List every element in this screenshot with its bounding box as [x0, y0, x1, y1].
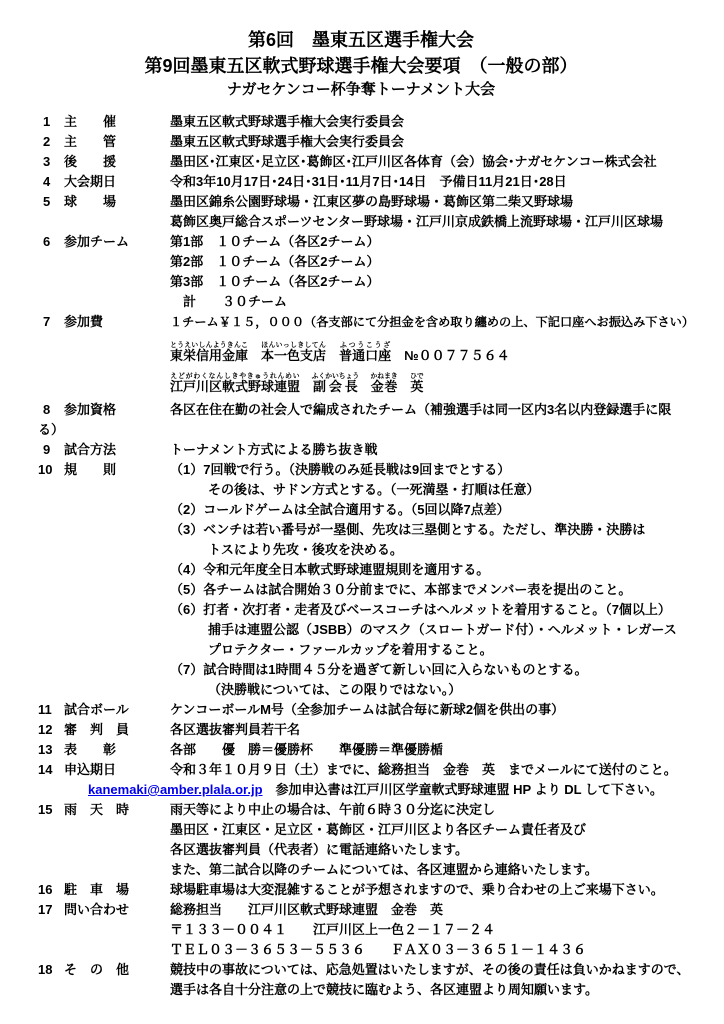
item-label: 規 則 [64, 460, 170, 480]
item-line: 墨田区・江東区・足立区・葛飾区・江戸川区より各区チーム責任者及び [170, 820, 718, 840]
list-item: 3後 援墨田区･江東区･足立区･葛飾区･江戸川区各体育（会）協会･ナガセケンコー… [38, 152, 718, 172]
item-content: ケンコーボールM号（全参加チームは試合毎に新球2個を供出の事） [170, 700, 718, 720]
item-number: 3 [38, 152, 64, 172]
item-line: （1）7回戦で行う。（決勝戦のみ延長戦は9回までとする） [170, 460, 718, 480]
item-label: 試合方法 [64, 440, 170, 460]
item-label: そ の 他 [64, 960, 170, 980]
item-label: 参加費 [64, 312, 170, 332]
item-content: １チーム￥１５，０００（各支部にて分担金を含め取り纏めの上、下記口座へお振込み下… [170, 312, 718, 394]
list-item: 2主 管墨東五区軟式野球選手権大会実行委員会 [38, 132, 718, 152]
item-line: 球場駐車場は大変混雑することが予想されますので、乗り合わせの上ご来場下さい。 [170, 880, 718, 900]
item-label: 試合ボール [64, 700, 170, 720]
item-content: 雨天等により中止の場合は、午前６時３０分迄に決定し墨田区・江東区・足立区・葛飾区… [170, 800, 718, 880]
ruby-text: 英ひで [410, 379, 423, 394]
list-item: 5球 場墨田区錦糸公園野球場・江東区夢の島野球場・葛飾区第二柴又野球場葛飾区奥戸… [38, 192, 718, 232]
item-label: 雨 天 時 [64, 800, 170, 820]
item-line: （3）ベンチは若い番号が一塁側、先攻は三塁側とする。ただし、準決勝・決勝は [170, 520, 718, 540]
list-item: 17問い合わせ総務担当 江戸川区軟式野球連盟 金巻 英〒１３３－００４１ 江戸川… [38, 900, 718, 960]
item-line: ケンコーボールM号（全参加チームは試合毎に新球2個を供出の事） [170, 700, 718, 720]
item-line: （決勝戦については、この限りではない。） [170, 680, 718, 700]
list-item: 14申込期日令和３年１０月９日（土）までに、総務担当 金巻 英 までメールにて送… [38, 760, 718, 780]
item-content: 各区在住在勤の社会人で編成されたチーム（補強選手は同一区内3名以内登録選手に限 [170, 400, 718, 420]
item-content: 令和３年１０月９日（土）までに、総務担当 金巻 英 までメールにて送付のこと。 [170, 760, 718, 780]
item-line: （5）各チームは試合開始３０分前までに、本部までメンバー表を提出のこと。 [170, 580, 718, 600]
item-label: 後 援 [64, 152, 170, 172]
item-content: トーナメント方式による勝ち抜き戦 [170, 440, 718, 460]
item-label: 表 彰 [64, 740, 170, 760]
document-page: 第6回 墨東五区選手権大会 第9回墨東五区軟式野球選手権大会要項 （一般の部） … [0, 0, 724, 1024]
page-title: 第6回 墨東五区選手権大会 [38, 28, 684, 53]
item-line: 第2部 １０チーム（各区2チーム） [170, 252, 718, 272]
item-number: 14 [38, 760, 64, 780]
item-line: 計 ３０チーム [170, 292, 718, 312]
item-line: 墨東五区軟式野球選手権大会実行委員会 [170, 112, 718, 132]
item-line: その後は、サドン方式とする。（一死満塁・打順は任意） [170, 480, 718, 500]
item-line: 各区選抜審判員若干名 [170, 720, 718, 740]
item-line: 選手は各自十分注意の上で競技に臨むよう、各区連盟より周知願います。 [170, 980, 718, 1000]
item-line: １チーム￥１５，０００（各支部にて分担金を含め取り纏めの上、下記口座へお振込み下… [170, 312, 718, 332]
list-item: 13表 彰各部 優 勝＝優勝杯 準優勝＝準優勝楯 [38, 740, 718, 760]
item-line: 墨田区錦糸公園野球場・江東区夢の島野球場・葛飾区第二柴又野球場 [170, 192, 718, 212]
item-number: 10 [38, 460, 64, 480]
item-line: 葛飾区奥戸総合スポーツセンター野球場・江戸川京成鉄橋上流野球場・江戸川区球場 [170, 212, 718, 232]
page-title-line2: 第9回墨東五区軟式野球選手権大会要項 （一般の部） [38, 53, 684, 79]
ruby-text: 副会長ふくかいちょう [313, 379, 358, 394]
item-line: 墨東五区軟式野球選手権大会実行委員会 [170, 132, 718, 152]
item-line: 雨天等により中止の場合は、午前６時３０分迄に決定し [170, 800, 718, 820]
ruby-text: 金巻かねまき [371, 379, 398, 394]
item-content: 球場駐車場は大変混雑することが予想されますので、乗り合わせの上ご来場下さい。 [170, 880, 718, 900]
item-number: 4 [38, 172, 64, 192]
list-item: 4大会期日令和3年10月17日･24日･31日･11月7日･14日 予備日11月… [38, 172, 718, 192]
list-item: 7参加費１チーム￥１５，０００（各支部にて分担金を含め取り纏めの上、下記口座へお… [38, 312, 718, 394]
item-content: 令和3年10月17日･24日･31日･11月7日･14日 予備日11月21日･2… [170, 172, 718, 192]
item-number: 16 [38, 880, 64, 900]
item-content: 競技中の事故については、応急処置はいたしますが、その後の責任は負いかねますので、… [170, 960, 718, 1000]
ruby-text: 普通口座ふつうこうざ [339, 348, 391, 363]
item-line: 〒１３３－００４１ 江戸川区上一色２－１７－２４ [170, 920, 718, 940]
list-item: 9試合方法トーナメント方式による勝ち抜き戦 [38, 440, 718, 460]
item-number: 11 [38, 700, 64, 720]
list-item: 8参加資格各区在住在勤の社会人で編成されたチーム（補強選手は同一区内3名以内登録… [38, 400, 718, 420]
item-label: 参加チーム [64, 232, 170, 252]
item-content: 墨田区錦糸公園野球場・江東区夢の島野球場・葛飾区第二柴又野球場葛飾区奥戸総合スポ… [170, 192, 718, 232]
item-number: 8 [38, 400, 64, 420]
item-line: 第1部 １０チーム（各区2チーム） [170, 232, 718, 252]
list-item: 16駐 車 場球場駐車場は大変混雑することが予想されますので、乗り合わせの上ご来… [38, 880, 718, 900]
item-content: 墨田区･江東区･足立区･葛飾区･江戸川区各体育（会）協会･ナガセケンコー株式会社 [170, 152, 718, 172]
item-content: 第1部 １０チーム（各区2チーム）第2部 １０チーム（各区2チーム）第3部 １０… [170, 232, 718, 312]
list-item: 12審 判 員各区選抜審判員若干名 [38, 720, 718, 740]
item-content: （1）7回戦で行う。（決勝戦のみ延長戦は9回までとする）その後は、サドン方式とす… [170, 460, 718, 700]
item-line: プロテクター・ファールカップを着用すること。 [170, 640, 718, 660]
item-line: 捕手は連盟公認（JSBB）のマスク（スロートガード付）・ヘルメット・レガース [170, 620, 718, 640]
item-line: 江戸川区軟式野球連盟えどがわくなんしきやきゅうれんめい 副会長ふくかいちょう 金… [170, 373, 718, 394]
item-content: 墨東五区軟式野球選手権大会実行委員会 [170, 132, 718, 152]
item-line: 東栄信用金庫とうえいしんようきんこ 本一色支店ほんいっしきしてん 普通口座ふつう… [170, 342, 718, 363]
item-line: トスにより先攻・後攻を決める。 [170, 540, 718, 560]
item-label: 主 催 [64, 112, 170, 132]
email-link[interactable]: kanemaki@amber.plala.or.jp [88, 782, 263, 797]
item-line: る） [38, 420, 718, 440]
ruby-text: 本一色支店ほんいっしきしてん [261, 348, 326, 363]
list-item: 6参加チーム第1部 １０チーム（各区2チーム）第2部 １０チーム（各区2チーム）… [38, 232, 718, 312]
item-number: 9 [38, 440, 64, 460]
item-label: 参加資格 [64, 400, 170, 420]
item-line: ＴＥＬ０３－３６５３－５５３６ ＦＡＸ０３－３６５１－１４３６ [170, 940, 718, 960]
item-label: 駐 車 場 [64, 880, 170, 900]
item-line: トーナメント方式による勝ち抜き戦 [170, 440, 718, 460]
item-number: 15 [38, 800, 64, 820]
ruby-text: 東栄信用金庫とうえいしんようきんこ [170, 348, 248, 363]
item-line: 競技中の事故については、応急処置はいたしますが、その後の責任は負いかねますので、 [170, 960, 718, 980]
item-content: 総務担当 江戸川区軟式野球連盟 金巻 英〒１３３－００４１ 江戸川区上一色２－１… [170, 900, 718, 960]
list-item: 1主 催墨東五区軟式野球選手権大会実行委員会 [38, 112, 718, 132]
item-line: kanemaki@amber.plala.or.jp 参加申込書は江戸川区学童軟… [88, 780, 718, 800]
item-line: 第3部 １０チーム（各区2チーム） [170, 272, 718, 292]
item-number: 17 [38, 900, 64, 920]
list-item: 15雨 天 時雨天等により中止の場合は、午前６時３０分迄に決定し墨田区・江東区・… [38, 800, 718, 880]
item-line: （4）令和元年度全日本軟式野球連盟規則を適用する。 [170, 560, 718, 580]
item-line: 各区在住在勤の社会人で編成されたチーム（補強選手は同一区内3名以内登録選手に限 [170, 400, 718, 420]
item-number: 12 [38, 720, 64, 740]
page-subtitle: ナガセケンコー杯争奪トーナメント大会 [38, 79, 684, 101]
item-label: 申込期日 [64, 760, 170, 780]
item-line: （7）試合時間は1時間４５分を過ぎて新しい回に入らないものとする。 [170, 660, 718, 680]
list-item: 11試合ボールケンコーボールM号（全参加チームは試合毎に新球2個を供出の事） [38, 700, 718, 720]
items-list: 1主 催墨東五区軟式野球選手権大会実行委員会2主 管墨東五区軟式野球選手権大会実… [38, 112, 718, 1000]
item-label: 球 場 [64, 192, 170, 212]
list-item: 10規 則（1）7回戦で行う。（決勝戦のみ延長戦は9回までとする）その後は、サド… [38, 460, 718, 700]
item-label: 問い合わせ [64, 900, 170, 920]
item-number: 1 [38, 112, 64, 132]
item-number: 5 [38, 192, 64, 212]
item-line: 令和３年１０月９日（土）までに、総務担当 金巻 英 までメールにて送付のこと。 [170, 760, 718, 780]
item-number: 13 [38, 740, 64, 760]
item-number: 7 [38, 312, 64, 332]
item-number: 2 [38, 132, 64, 152]
item-label: 主 管 [64, 132, 170, 152]
item-line: 墨田区･江東区･足立区･葛飾区･江戸川区各体育（会）協会･ナガセケンコー株式会社 [170, 152, 718, 172]
item-line: 令和3年10月17日･24日･31日･11月7日･14日 予備日11月21日･2… [170, 172, 718, 192]
item-content: 各部 優 勝＝優勝杯 準優勝＝準優勝楯 [170, 740, 718, 760]
list-item: 18そ の 他競技中の事故については、応急処置はいたしますが、その後の責任は負い… [38, 960, 718, 1000]
ruby-text: 江戸川区軟式野球連盟えどがわくなんしきやきゅうれんめい [170, 379, 300, 394]
item-number: 18 [38, 960, 64, 980]
item-line: 各部 優 勝＝優勝杯 準優勝＝準優勝楯 [170, 740, 718, 760]
item-content: 各区選抜審判員若干名 [170, 720, 718, 740]
item-line: （2）コールドゲームは全試合適用する。（5回以降7点差） [170, 500, 718, 520]
item-label: 審 判 員 [64, 720, 170, 740]
item-line: 総務担当 江戸川区軟式野球連盟 金巻 英 [170, 900, 718, 920]
item-line: 各区選抜審判員（代表者）に電話連絡いたします。 [170, 840, 718, 860]
item-label: 大会期日 [64, 172, 170, 192]
item-number: 6 [38, 232, 64, 252]
item-content: 墨東五区軟式野球選手権大会実行委員会 [170, 112, 718, 132]
item-line: （6）打者・次打者・走者及びベースコーチはヘルメットを着用すること。（7個以上） [170, 600, 718, 620]
item-line: また、第二試合以降のチームについては、各区連盟から連絡いたします。 [170, 860, 718, 880]
